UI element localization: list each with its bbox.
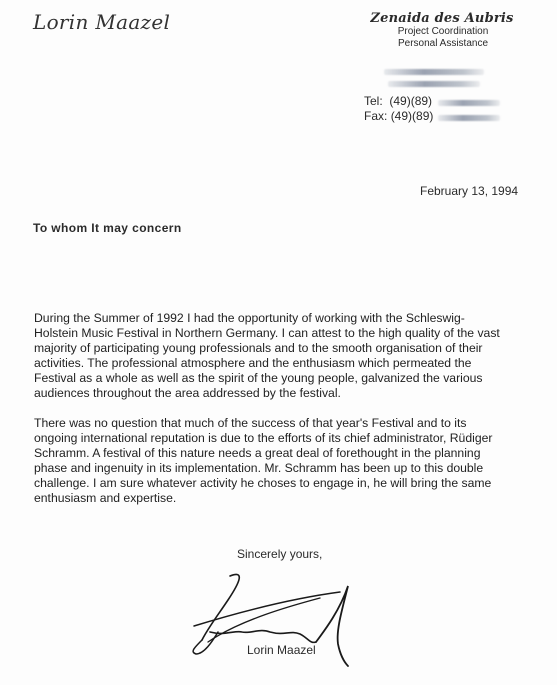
tel-line: Tel: (49)(89)	[364, 94, 432, 108]
redacted-fax-number	[438, 115, 500, 121]
redacted-address-line	[384, 69, 484, 75]
fax-line: Fax: (49)(89)	[364, 109, 433, 123]
letter-date: February 13, 1994	[420, 184, 518, 198]
redacted-tel-number	[438, 100, 500, 106]
body-paragraph: There was no question that much of the s…	[34, 416, 539, 506]
closing: Sincerely yours,	[237, 547, 322, 561]
assistant-role: Project Coordination	[362, 26, 524, 38]
paragraph-line: Holstein Music Festival in Northern Germ…	[34, 326, 539, 341]
tel-prefix: (49)(89)	[389, 94, 432, 108]
paragraph-line: During the Summer of 1992 I had the oppo…	[34, 311, 539, 326]
assistant-name: Zenaida des Aubris	[360, 11, 524, 26]
letterhead-sender-name: Lorin Maazel	[33, 10, 170, 34]
assistant-role: Personal Assistance	[362, 38, 524, 50]
salutation: To whom It may concern	[33, 221, 182, 235]
paragraph-line: majority of participating young professi…	[34, 341, 539, 356]
paragraph-line: Festival as a whole as well as the spiri…	[34, 371, 539, 386]
paragraph-line: ongoing international reputation is due …	[34, 431, 539, 446]
paragraph-line: audiences throughout the area addressed …	[34, 386, 539, 401]
signer-name: Lorin Maazel	[247, 643, 316, 657]
paragraph-line: phase and ingenuity in its implementatio…	[34, 461, 539, 476]
tel-label: Tel:	[364, 94, 383, 108]
paragraph-line: Schramm. A festival of this nature needs…	[34, 446, 539, 461]
paragraph-line: activities. The professional atmosphere …	[34, 356, 539, 371]
letterhead-assistant-block: Zenaida des Aubris Project Coordination …	[364, 11, 524, 50]
fax-prefix: (49)(89)	[391, 109, 434, 123]
body-paragraph: During the Summer of 1992 I had the oppo…	[34, 311, 539, 401]
paragraph-line: There was no question that much of the s…	[34, 416, 539, 431]
paragraph-line: enthusiasm and expertise.	[34, 491, 539, 506]
paragraph-line: challenge. I am sure whatever activity h…	[34, 476, 539, 491]
redacted-address-line	[388, 81, 480, 87]
fax-label: Fax:	[364, 109, 387, 123]
